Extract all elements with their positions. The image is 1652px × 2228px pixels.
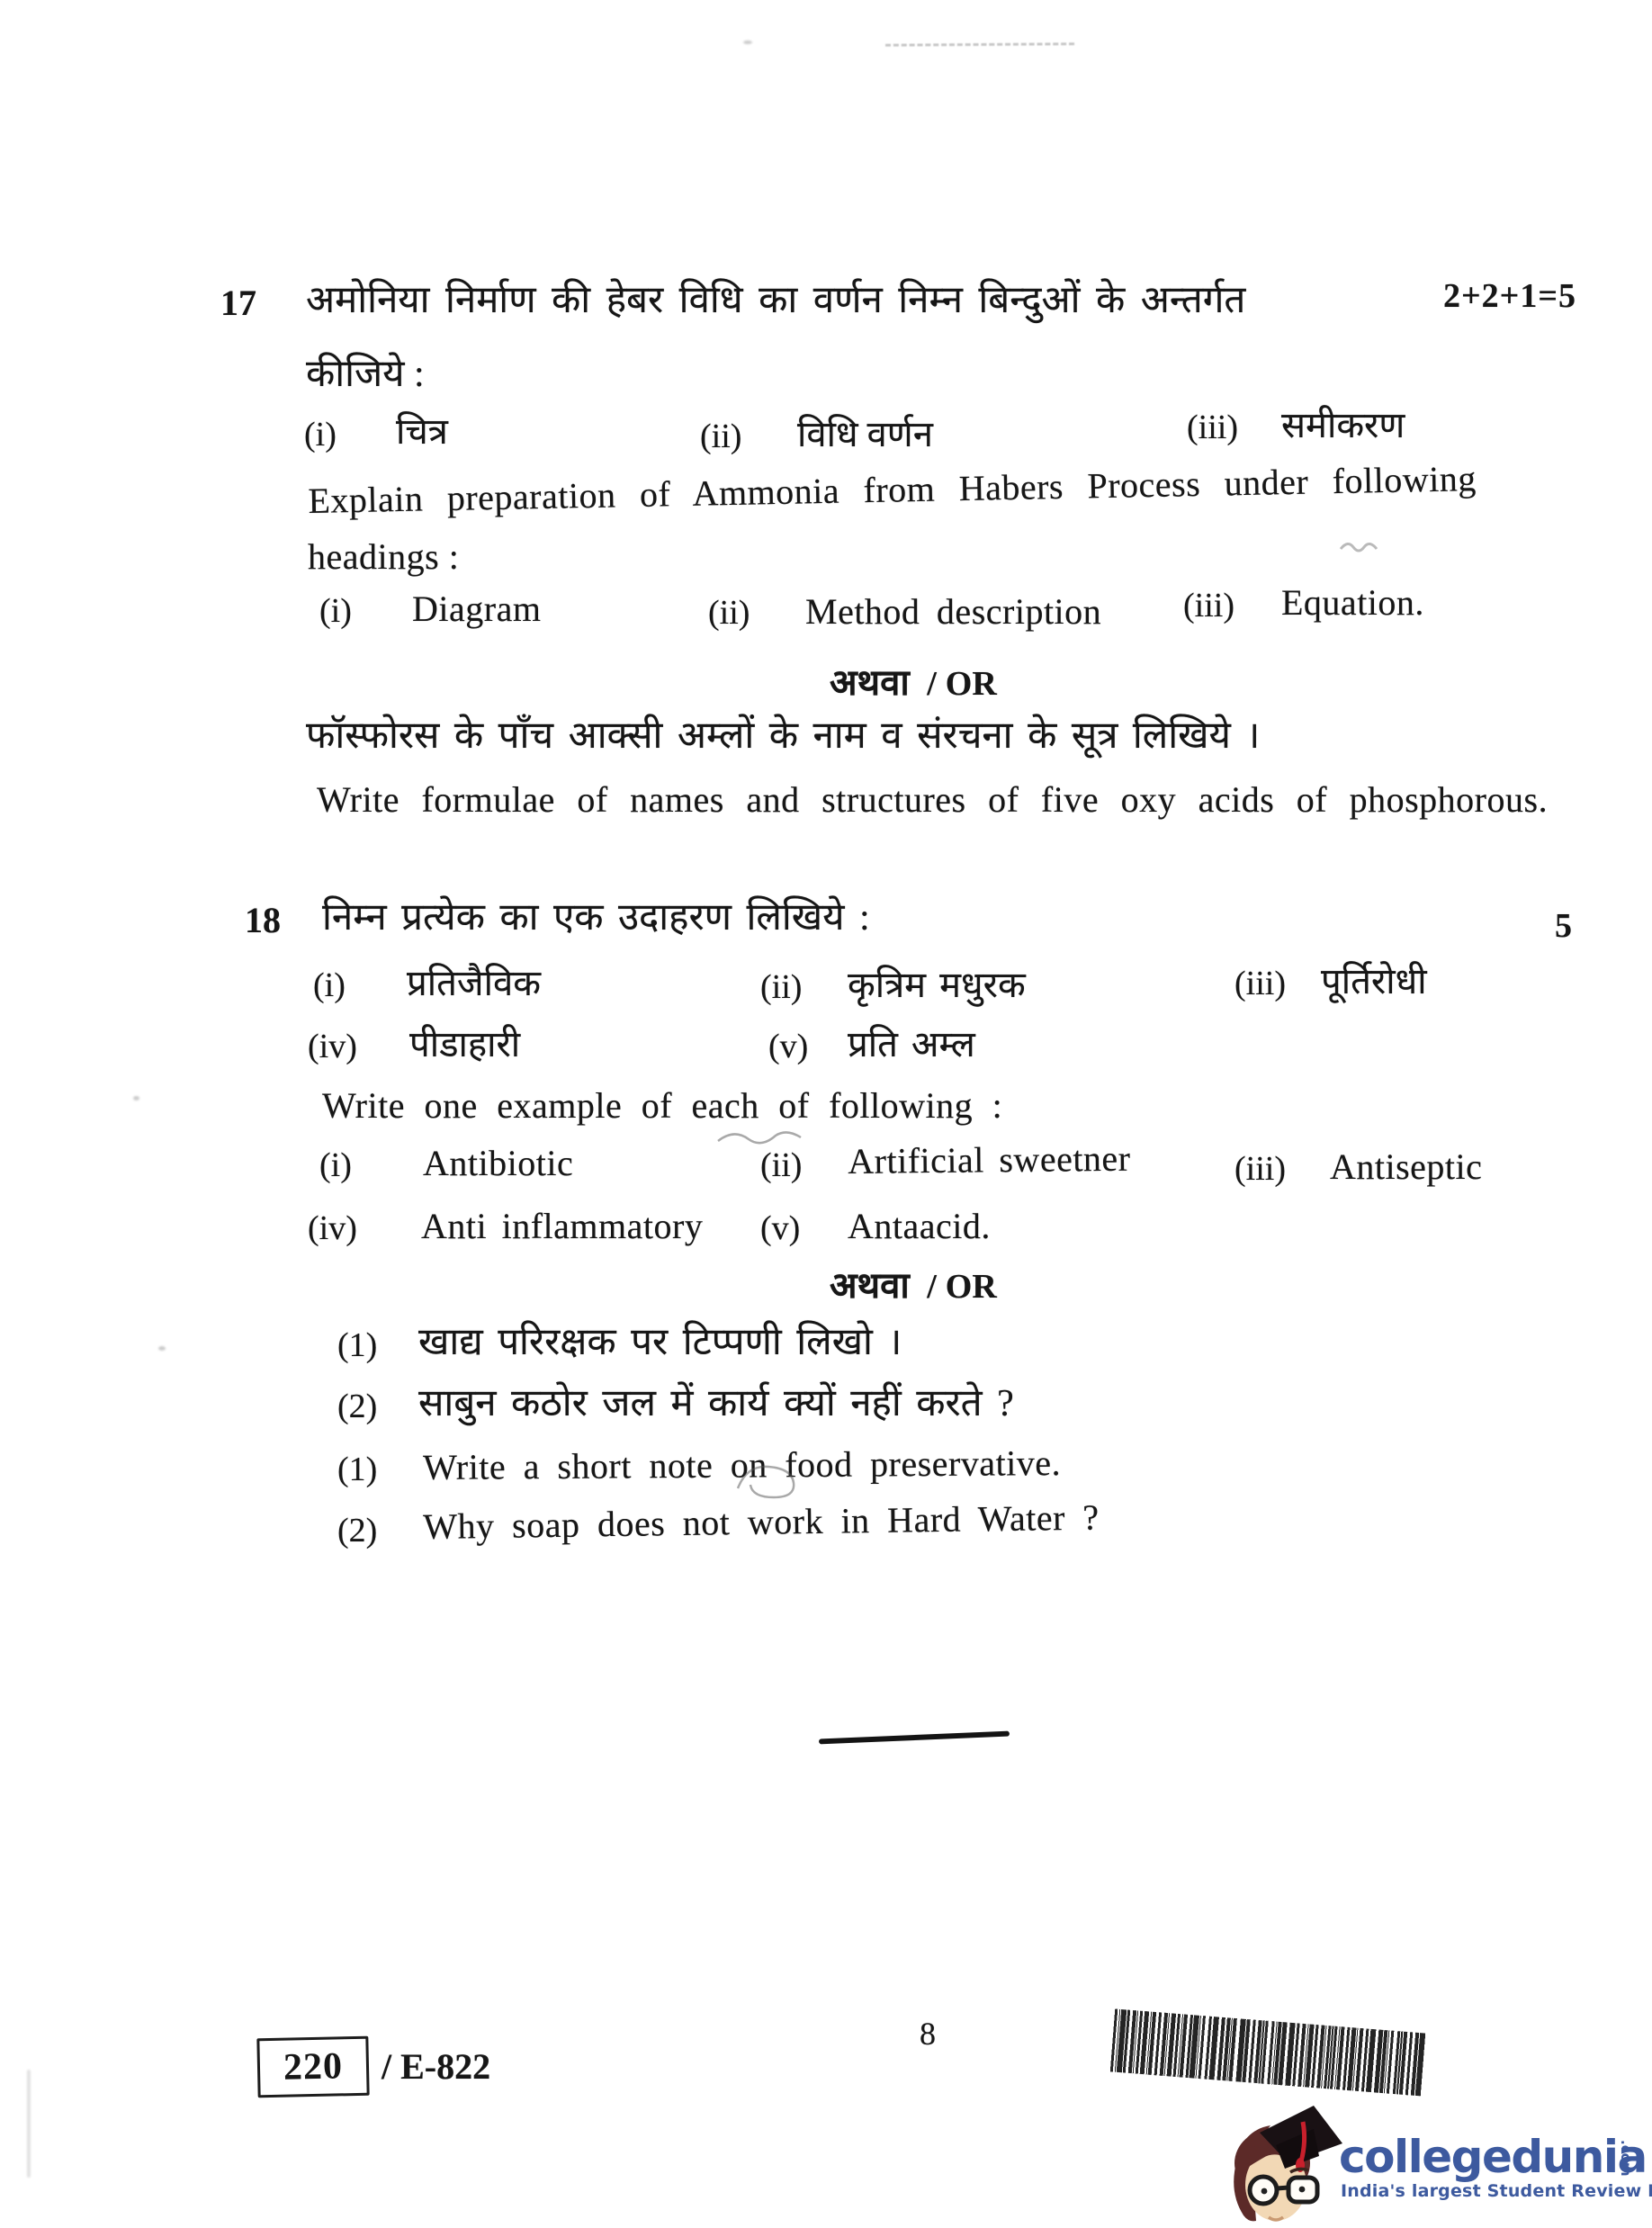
- item-text: Artificial sweetner: [848, 1136, 1131, 1184]
- scan-speck: [27, 2070, 31, 2178]
- or-separator-q18: अथवा /OR: [830, 1263, 997, 1309]
- item-text: Antibiotic: [423, 1141, 573, 1186]
- question-17-hindi-line2: कीजिये :: [306, 351, 425, 399]
- collegedunia-tld: .com: [1617, 2140, 1634, 2177]
- paper-code-box: 220: [256, 2036, 369, 2098]
- item-label: (i): [304, 414, 337, 457]
- item-label: (iii): [1235, 1148, 1286, 1191]
- item-text: चित्र: [396, 409, 448, 454]
- question-18-english-line: Write one example of each of following :: [322, 1083, 1002, 1128]
- item-label: (2): [337, 1510, 377, 1553]
- question-17-english-line2: headings :: [308, 535, 459, 579]
- item-text: खाद्य परिरक्षक पर टिप्पणी लिखो ।: [418, 1319, 902, 1367]
- question-17-number: 17: [220, 281, 256, 326]
- or-slash: /: [918, 1268, 946, 1306]
- item-label: (1): [337, 1325, 377, 1368]
- paper-code: / E-822: [382, 2044, 490, 2089]
- or-separator-q17: अथवा /OR: [830, 660, 997, 706]
- question-17-english-line1: Explain preparation of Ammonia from Habe…: [308, 456, 1477, 524]
- scan-speck: [743, 40, 752, 44]
- item-text: Anti inflammatory: [421, 1204, 703, 1249]
- question-18-marks: 5: [1555, 905, 1573, 948]
- item-text: प्रतिजैविक: [407, 961, 541, 1006]
- item-label: (ii): [760, 1145, 802, 1188]
- item-label: (v): [768, 1026, 808, 1069]
- item-text: विधि वर्णन: [797, 412, 933, 457]
- question-18-hindi-line: निम्न प्रत्येक का एक उदाहरण लिखिये :: [322, 894, 870, 942]
- item-text: प्रति अम्ल: [848, 1022, 975, 1067]
- paper-code-boxed: 220: [283, 2044, 344, 2089]
- section-divider-line: [819, 1731, 1010, 1745]
- pen-scribble: [1339, 538, 1378, 556]
- item-label: (iii): [1183, 585, 1235, 628]
- or-hindi: अथवा: [830, 662, 910, 703]
- barcode: [1110, 2008, 1427, 2096]
- item-label: (iii): [1187, 407, 1238, 450]
- item-text: पीडाहारी: [409, 1022, 520, 1067]
- item-text: Why soap does not work in Hard Water ?: [423, 1496, 1100, 1550]
- collegedunia-mascot: [1213, 2093, 1346, 2228]
- item-label: (1): [337, 1449, 377, 1492]
- or-english: OR: [946, 1268, 997, 1306]
- item-text: Equation.: [1281, 580, 1424, 625]
- question-17-alt-hindi: फॉस्फोरस के पाँच आक्सी अम्लों के नाम व स…: [306, 713, 1260, 760]
- item-label: (v): [760, 1208, 800, 1251]
- exam-paper-page: 17 अमोनिया निर्माण की हेबर विधि का वर्णन…: [0, 0, 1652, 2228]
- scan-artifact-dashes: [885, 42, 1074, 46]
- item-label: (ii): [708, 592, 750, 635]
- item-label: (i): [319, 1145, 352, 1188]
- or-english: OR: [946, 665, 997, 703]
- item-label: (ii): [760, 966, 802, 1010]
- scan-speck: [158, 1346, 166, 1351]
- item-text: Diagram: [412, 587, 541, 632]
- item-label: (iv): [308, 1208, 357, 1251]
- item-label: (i): [313, 965, 346, 1008]
- question-17-alt-english: Write formulae of names and structures o…: [317, 777, 1548, 822]
- item-text: पूर्तिरोधी: [1321, 959, 1427, 1004]
- item-text: Antaacid.: [848, 1204, 991, 1249]
- pen-scribble: [711, 1114, 810, 1150]
- item-text: Antiseptic: [1330, 1145, 1482, 1190]
- collegedunia-wordmark: collegedunia: [1339, 2129, 1647, 2186]
- item-text: कृत्रिम मधुरक: [848, 963, 1026, 1008]
- scan-speck: [133, 1096, 139, 1101]
- item-label: (iii): [1235, 963, 1286, 1006]
- pen-scribble: [725, 1454, 806, 1501]
- item-label: (i): [319, 590, 352, 633]
- page-number: 8: [920, 2014, 936, 2054]
- item-text: Method description: [805, 589, 1101, 634]
- question-17-hindi-line1: अमोनिया निर्माण की हेबर विधि का वर्णन नि…: [306, 277, 1245, 325]
- item-text: साबुन कठोर जल में कार्य क्यों नहीं करते …: [418, 1380, 1014, 1428]
- collegedunia-tagline: India's largest Student Review Platform: [1341, 2181, 1652, 2203]
- or-hindi: अथवा: [830, 1265, 910, 1306]
- question-18-number: 18: [245, 898, 281, 943]
- item-label: (iv): [308, 1026, 357, 1069]
- item-label: (2): [337, 1386, 377, 1429]
- or-slash: /: [918, 665, 946, 703]
- item-text: समीकरण: [1281, 403, 1405, 448]
- question-17-marks: 2+2+1=5: [1422, 275, 1576, 319]
- item-label: (ii): [700, 416, 741, 459]
